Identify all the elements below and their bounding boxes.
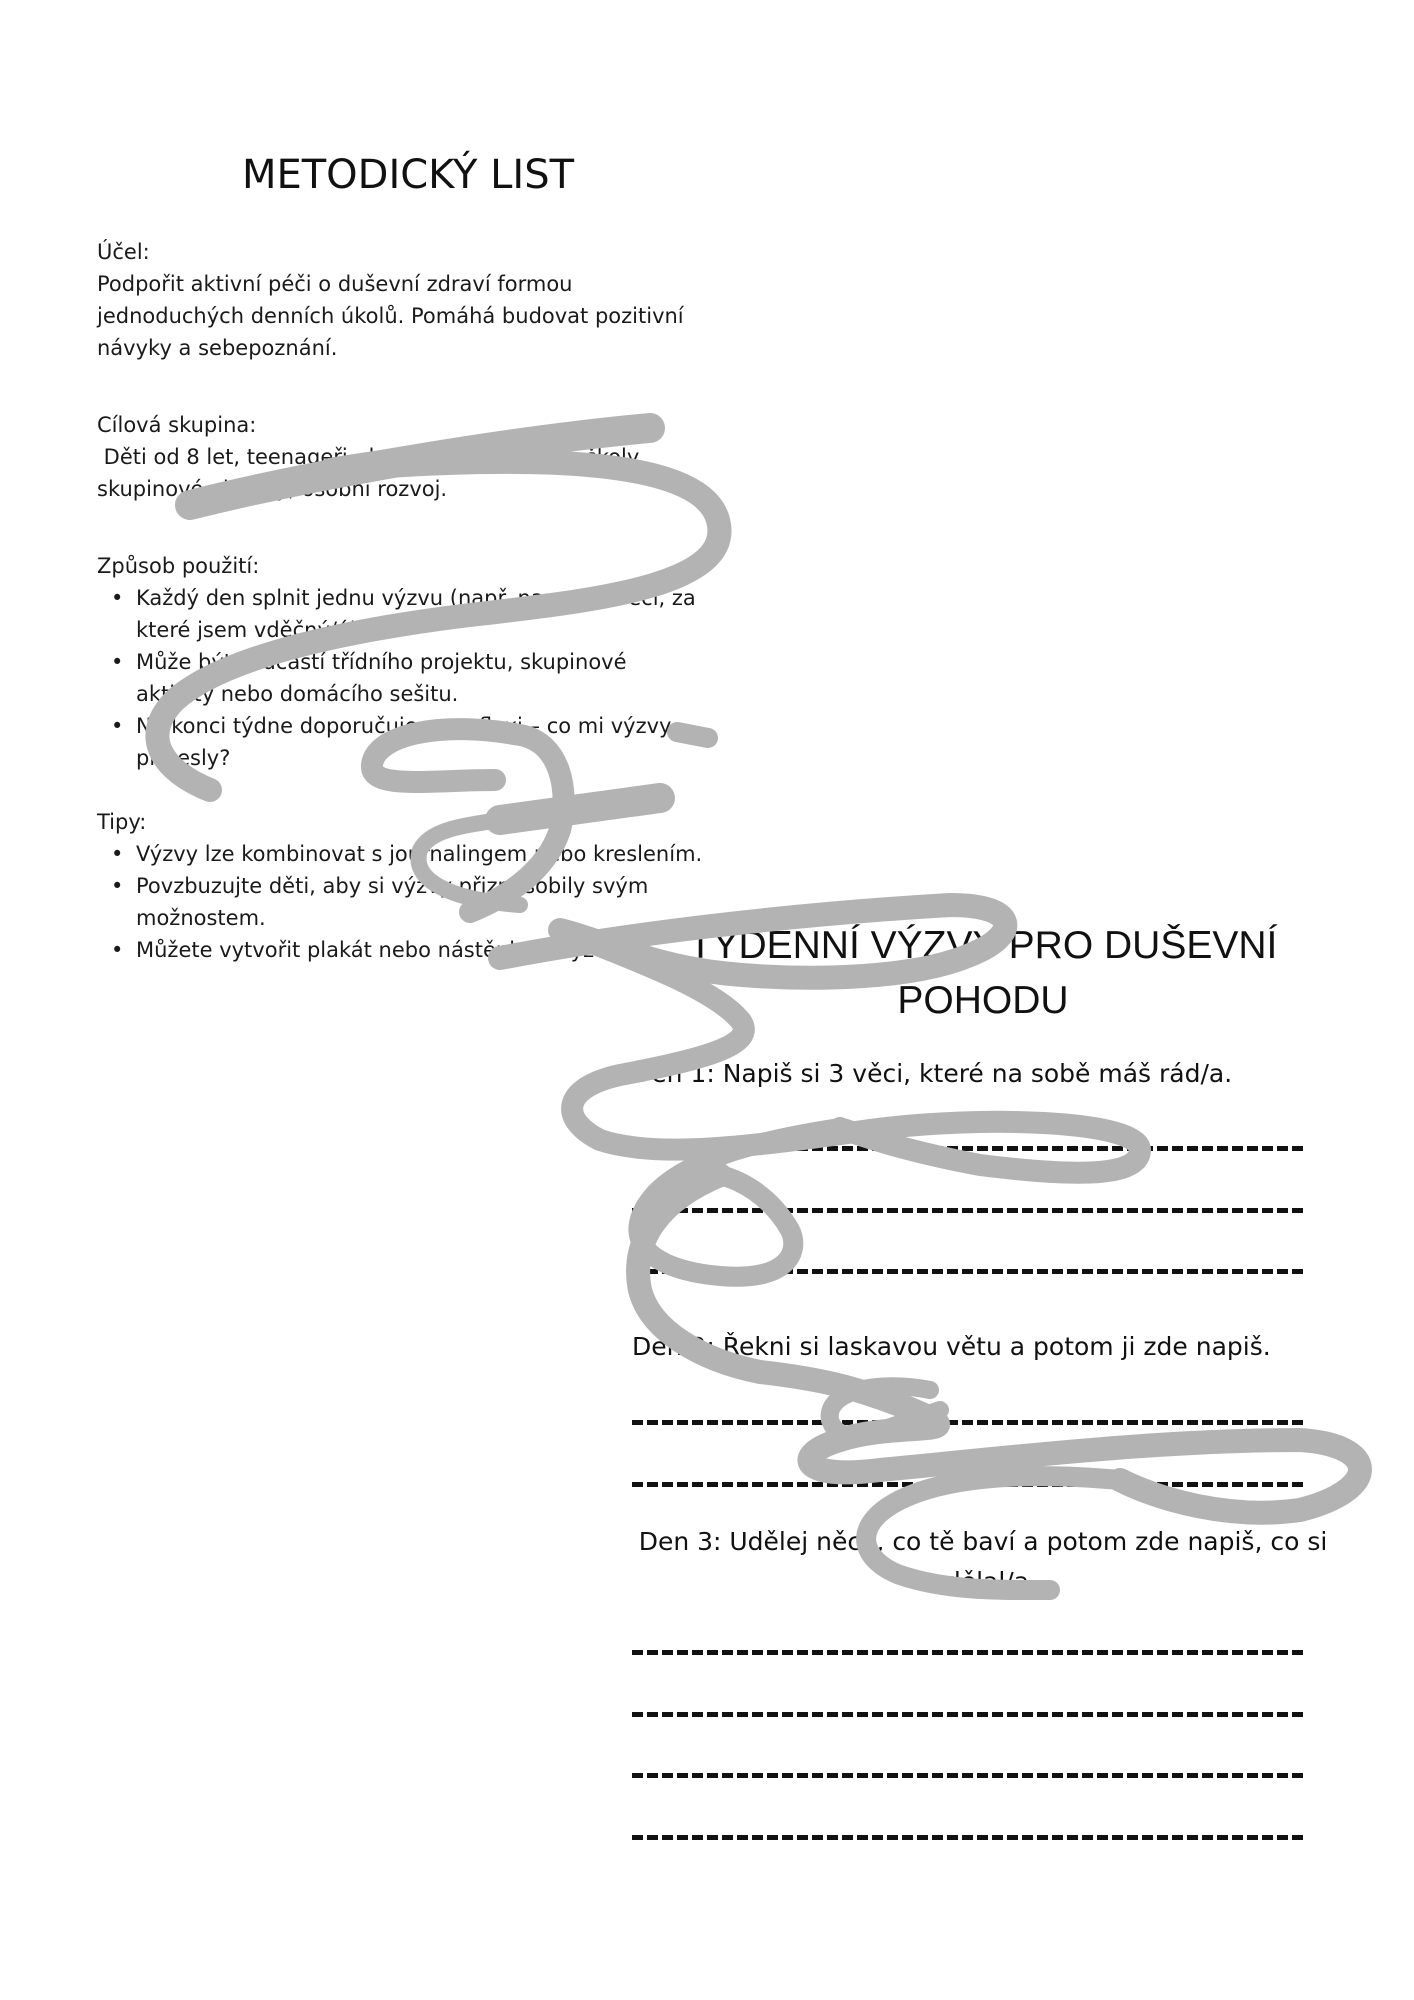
tip-item-line: Povzbuzujte děti, aby si výzvy přizpůsob… [136,870,702,902]
purpose-label: Účel: [97,236,684,268]
usage-section: Způsob použití: Každý den splnit jednu v… [97,550,696,774]
target-group-line: skupinové aktivity, osobní rozvoj. [97,473,646,505]
target-group-section: Cílová skupina: Děti od 8 let, teenageři… [97,409,646,505]
tip-item-line: Výzvy lze kombinovat s journalingem nebo… [136,838,702,870]
tips-section: Tipy: Výzvy lze kombinovat s journalinge… [97,806,702,966]
tip-item: Povzbuzujte děti, aby si výzvy přizpůsob… [97,870,702,934]
day-3-answer-line[interactable] [632,1650,1306,1655]
day-1-answer-line[interactable] [632,1269,1306,1274]
day-3-answer-line[interactable] [632,1712,1306,1717]
target-group-label: Cílová skupina: [97,409,646,441]
usage-item: Může být součástí třídního projektu, sku… [97,646,696,710]
purpose-line: Podpořit aktivní péči o duševní zdraví f… [97,268,684,300]
usage-item-line: které jsem vděčný/á). [136,614,696,646]
usage-item-line: Na konci týdne doporučujeme reflexi – co… [136,710,696,742]
worksheet-heading: TÝDENNÍ VÝZVY PRO DUŠEVNÍ POHODU [632,918,1334,1028]
usage-list: Každý den splnit jednu výzvu (např. naps… [97,582,696,774]
worksheet-heading-line: POHODU [632,973,1334,1028]
tips-label: Tipy: [97,806,702,838]
target-group-line: Děti od 8 let, teenageři, dospělí – vhod… [97,441,646,473]
usage-item: Každý den splnit jednu výzvu (např. naps… [97,582,696,646]
day-2-answer-line[interactable] [632,1420,1306,1425]
tip-item-line: možnostem. [136,902,702,934]
day-2-prompt: Den 2: Řekni si laskavou větu a potom ji… [632,1327,1271,1367]
usage-label: Způsob použití: [97,550,696,582]
purpose-section: Účel: Podpořit aktivní péči o duševní zd… [97,236,684,364]
tip-item: Můžete vytvořit plakát nebo nástěnku s v… [97,934,702,966]
page-title: METODICKÝ LIST [0,152,816,198]
day-1-answer-line[interactable] [632,1146,1306,1151]
purpose-line: jednoduchých denních úkolů. Pomáhá budov… [97,300,684,332]
day-3-answer-line[interactable] [632,1835,1306,1840]
day-3-prompt: Den 3: Udělej něco, co tě baví a potom z… [632,1522,1334,1602]
usage-item-line: aktivity nebo domácího sešitu. [136,678,696,710]
usage-item-line: přinesly? [136,742,696,774]
day-1-answer-line[interactable] [632,1208,1306,1213]
day-2-answer-line[interactable] [632,1482,1306,1487]
usage-item-line: Může být součástí třídního projektu, sku… [136,646,696,678]
tip-item-line: Můžete vytvořit plakát nebo nástěnku s v… [136,934,702,966]
worksheet-heading-line: TÝDENNÍ VÝZVY PRO DUŠEVNÍ [632,918,1334,973]
usage-item: Na konci týdne doporučujeme reflexi – co… [97,710,696,774]
day-1-prompt: Den 1: Napiš si 3 věci, které na sobě má… [632,1054,1232,1094]
purpose-line: návyky a sebepoznání. [97,332,684,364]
tip-item: Výzvy lze kombinovat s journalingem nebo… [97,838,702,870]
usage-item-line: Každý den splnit jednu výzvu (např. naps… [136,582,696,614]
day-3-answer-line[interactable] [632,1773,1306,1778]
tips-list: Výzvy lze kombinovat s journalingem nebo… [97,838,702,966]
